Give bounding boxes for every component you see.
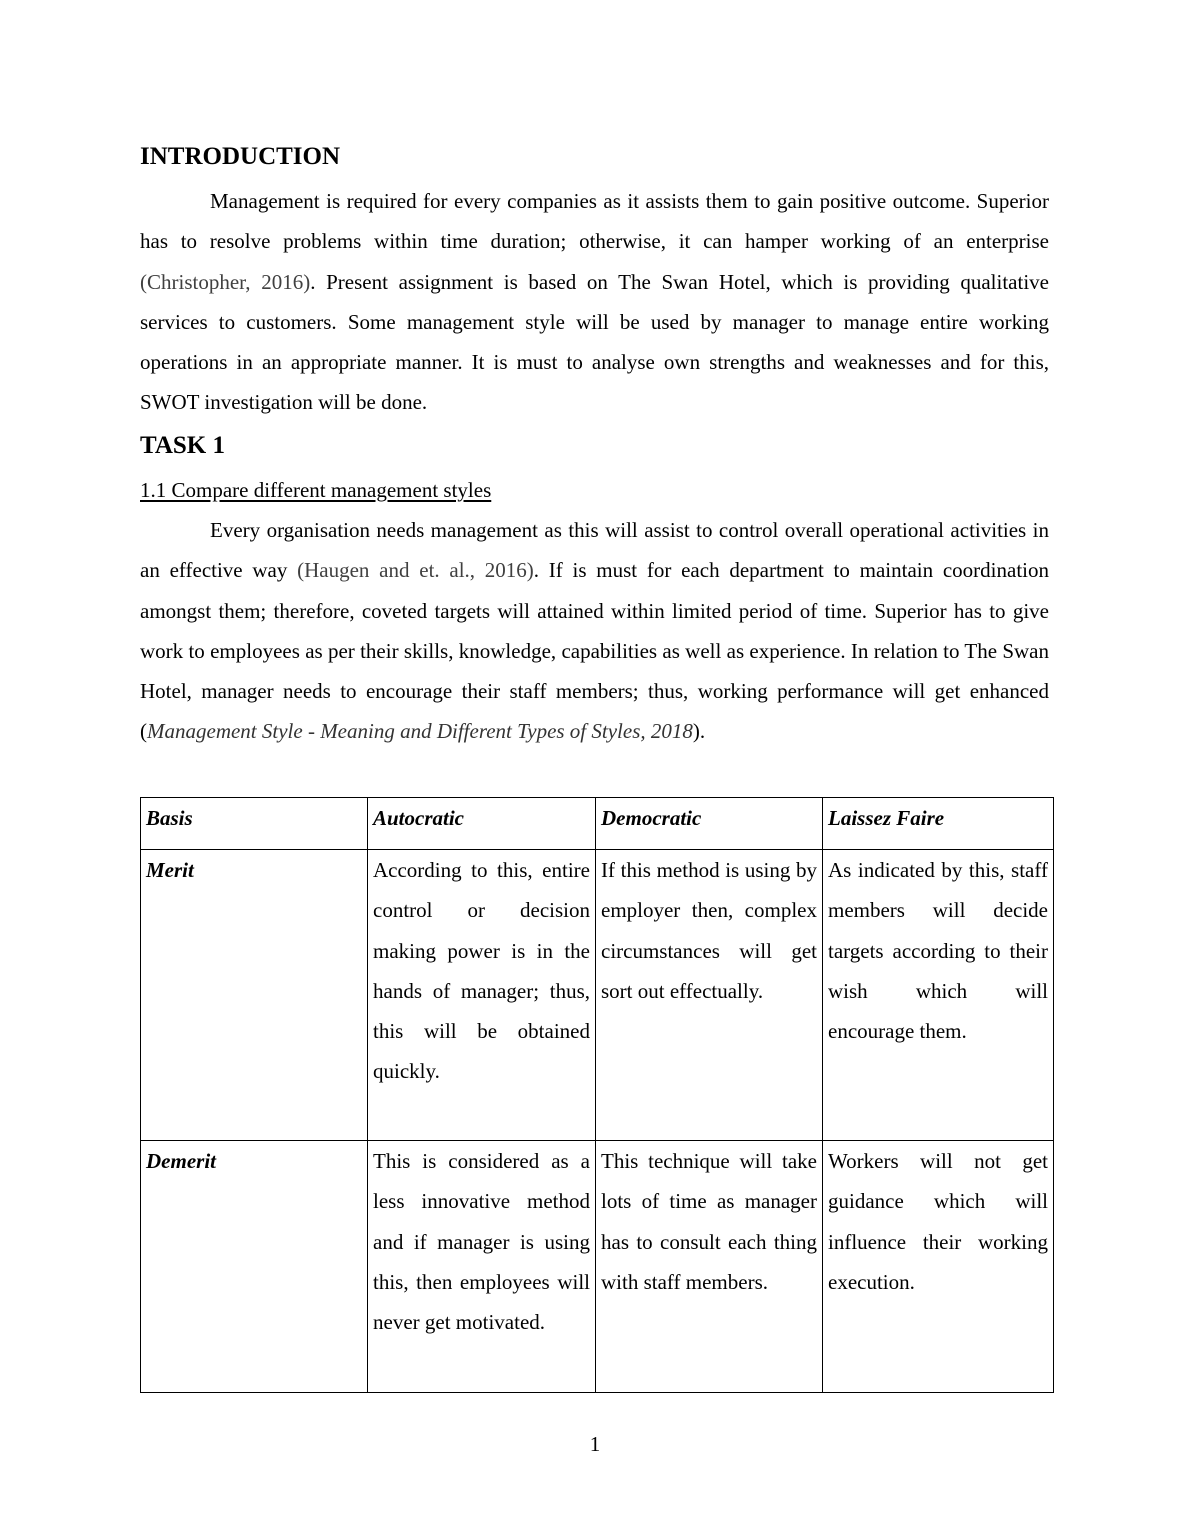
section-paragraph: Every organisation needs management as t…	[140, 510, 1049, 752]
table-row: Merit According to this, entire control …	[141, 850, 1054, 1141]
section-text-middle: . If is must for each department to main…	[140, 558, 1049, 743]
page-number: 1	[0, 1430, 1190, 1458]
introduction-heading: INTRODUCTION	[140, 142, 340, 172]
header-laissez-faire: Laissez Faire	[823, 798, 1054, 850]
cell-demerit-democratic: This technique will take lots of time as…	[596, 1141, 823, 1393]
section-text-end: ).	[693, 719, 705, 743]
cell-merit-autocratic: According to this, entire control or dec…	[368, 850, 596, 1141]
citation-haugen: (Haugen and et. al., 2016)	[297, 558, 534, 582]
citation-management-style: Management Style - Meaning and Different…	[147, 719, 693, 743]
task-heading: TASK 1	[140, 431, 225, 461]
row-label-demerit: Demerit	[141, 1141, 368, 1393]
cell-merit-democratic: If this method is using by employer then…	[596, 850, 823, 1141]
section-heading: 1.1 Compare different management styles	[140, 476, 491, 504]
intro-text-start: Management is required for every compani…	[140, 189, 1049, 253]
header-democratic: Democratic	[596, 798, 823, 850]
table-row: Demerit This is considered as a less inn…	[141, 1141, 1054, 1393]
cell-demerit-laissez-faire: Workers will not get guidance which will…	[823, 1141, 1054, 1393]
citation-christopher: (Christopher, 2016)	[140, 270, 310, 294]
row-label-merit: Merit	[141, 850, 368, 1141]
table-header-row: Basis Autocratic Democratic Laissez Fair…	[141, 798, 1054, 850]
header-autocratic: Autocratic	[368, 798, 596, 850]
cell-demerit-autocratic: This is considered as a less innovative …	[368, 1141, 596, 1393]
management-styles-table: Basis Autocratic Democratic Laissez Fair…	[140, 797, 1054, 1393]
introduction-paragraph: Management is required for every compani…	[140, 181, 1049, 423]
header-basis: Basis	[141, 798, 368, 850]
cell-merit-laissez-faire: As indicated by this, staff members will…	[823, 850, 1054, 1141]
